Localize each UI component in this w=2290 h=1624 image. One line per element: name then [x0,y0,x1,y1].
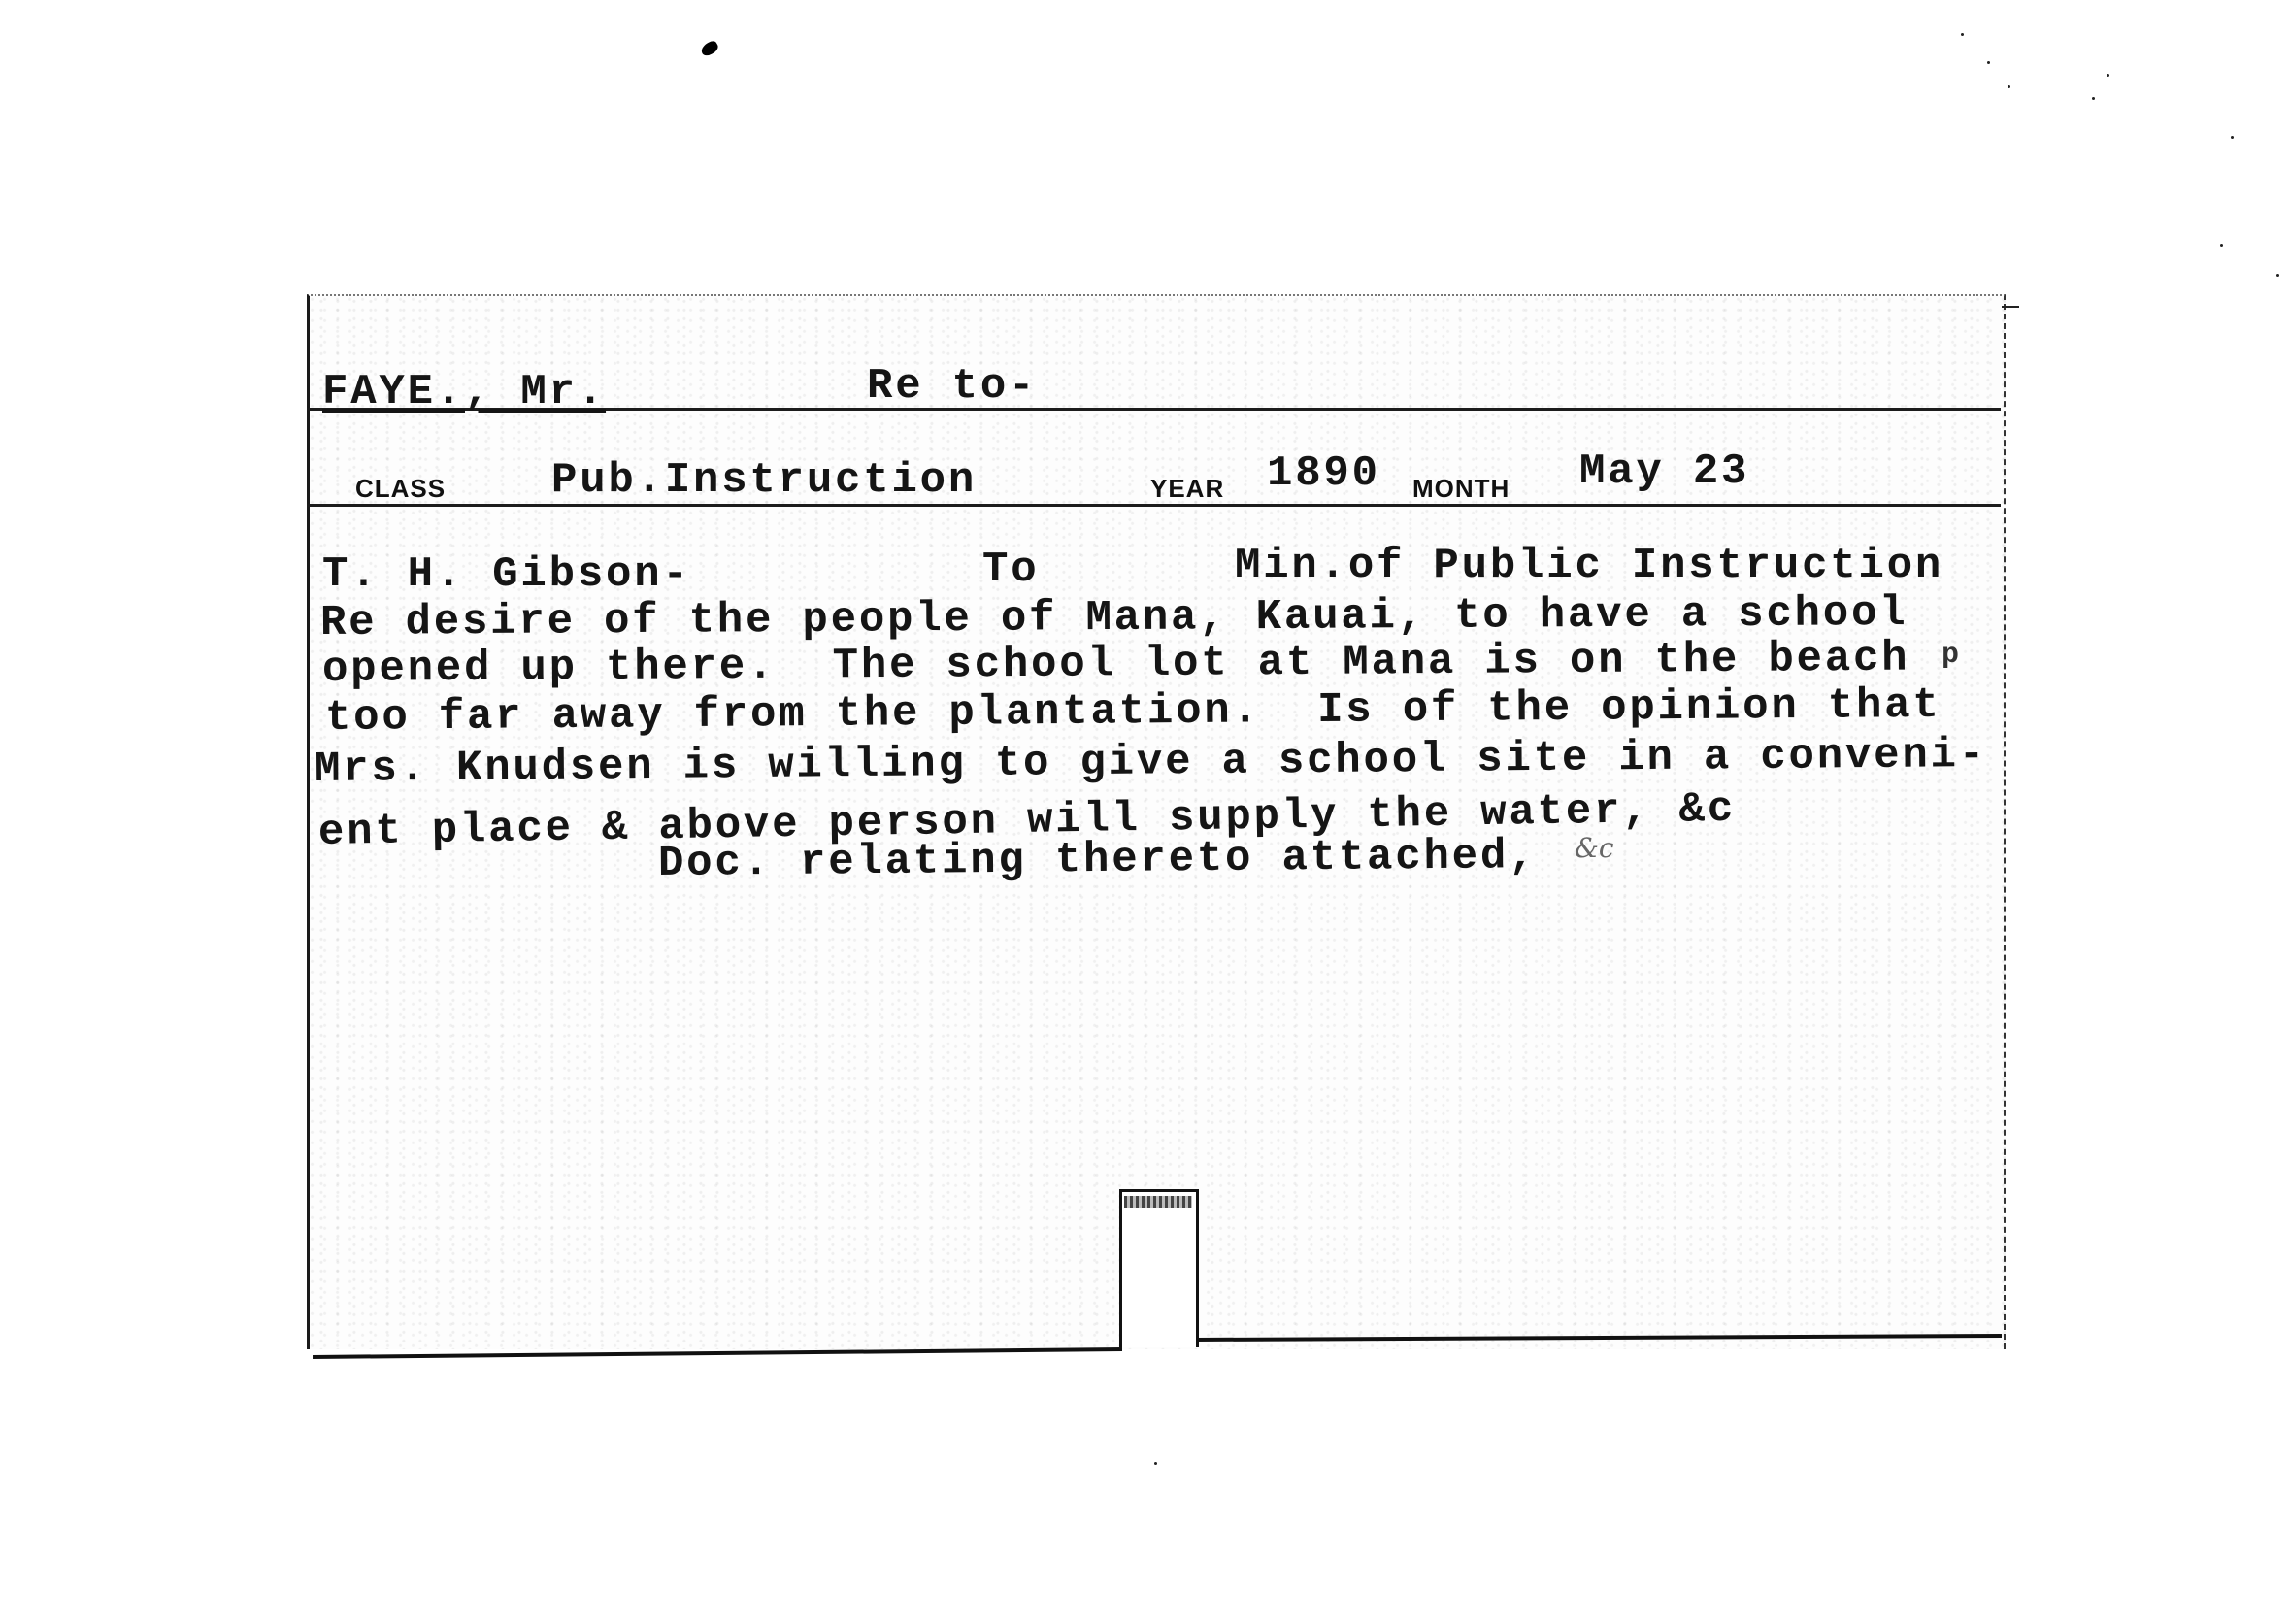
speck [2008,85,2010,88]
speck [2220,244,2223,247]
speck [2107,74,2109,77]
card-corner-tick [2002,306,2019,308]
class-value: Pub.Instruction [551,459,977,502]
speck [1987,61,1990,64]
from-name: T. H. Gibson- [322,553,691,596]
card-re-to: Re to- [867,365,1037,408]
speck [2092,97,2095,100]
card-notch [1119,1189,1199,1347]
year-label: YEAR [1150,476,1224,501]
handwritten-note: &c [1575,835,1614,862]
speck [1961,33,1964,36]
body-line: Doc. relating thereto attached, [658,835,1538,885]
ink-blot [699,39,720,57]
year-value: 1890 [1267,452,1380,495]
card-name: FAYE., Mr. [322,371,606,414]
month-label: MONTH [1412,476,1510,501]
speck [1154,1462,1157,1465]
stray-typed-mark: p [1942,641,1962,670]
class-label: CLASS [355,476,446,501]
to-recipient: Min.of Public Instruction [1235,545,1943,587]
month-value: May 23 [1579,450,1749,493]
body-line: too far away from the plantation. Is of … [325,684,1942,740]
speck [2276,274,2279,277]
speck [2231,136,2234,139]
card-notch-cap [1124,1196,1192,1208]
to-label: To [982,548,1039,591]
